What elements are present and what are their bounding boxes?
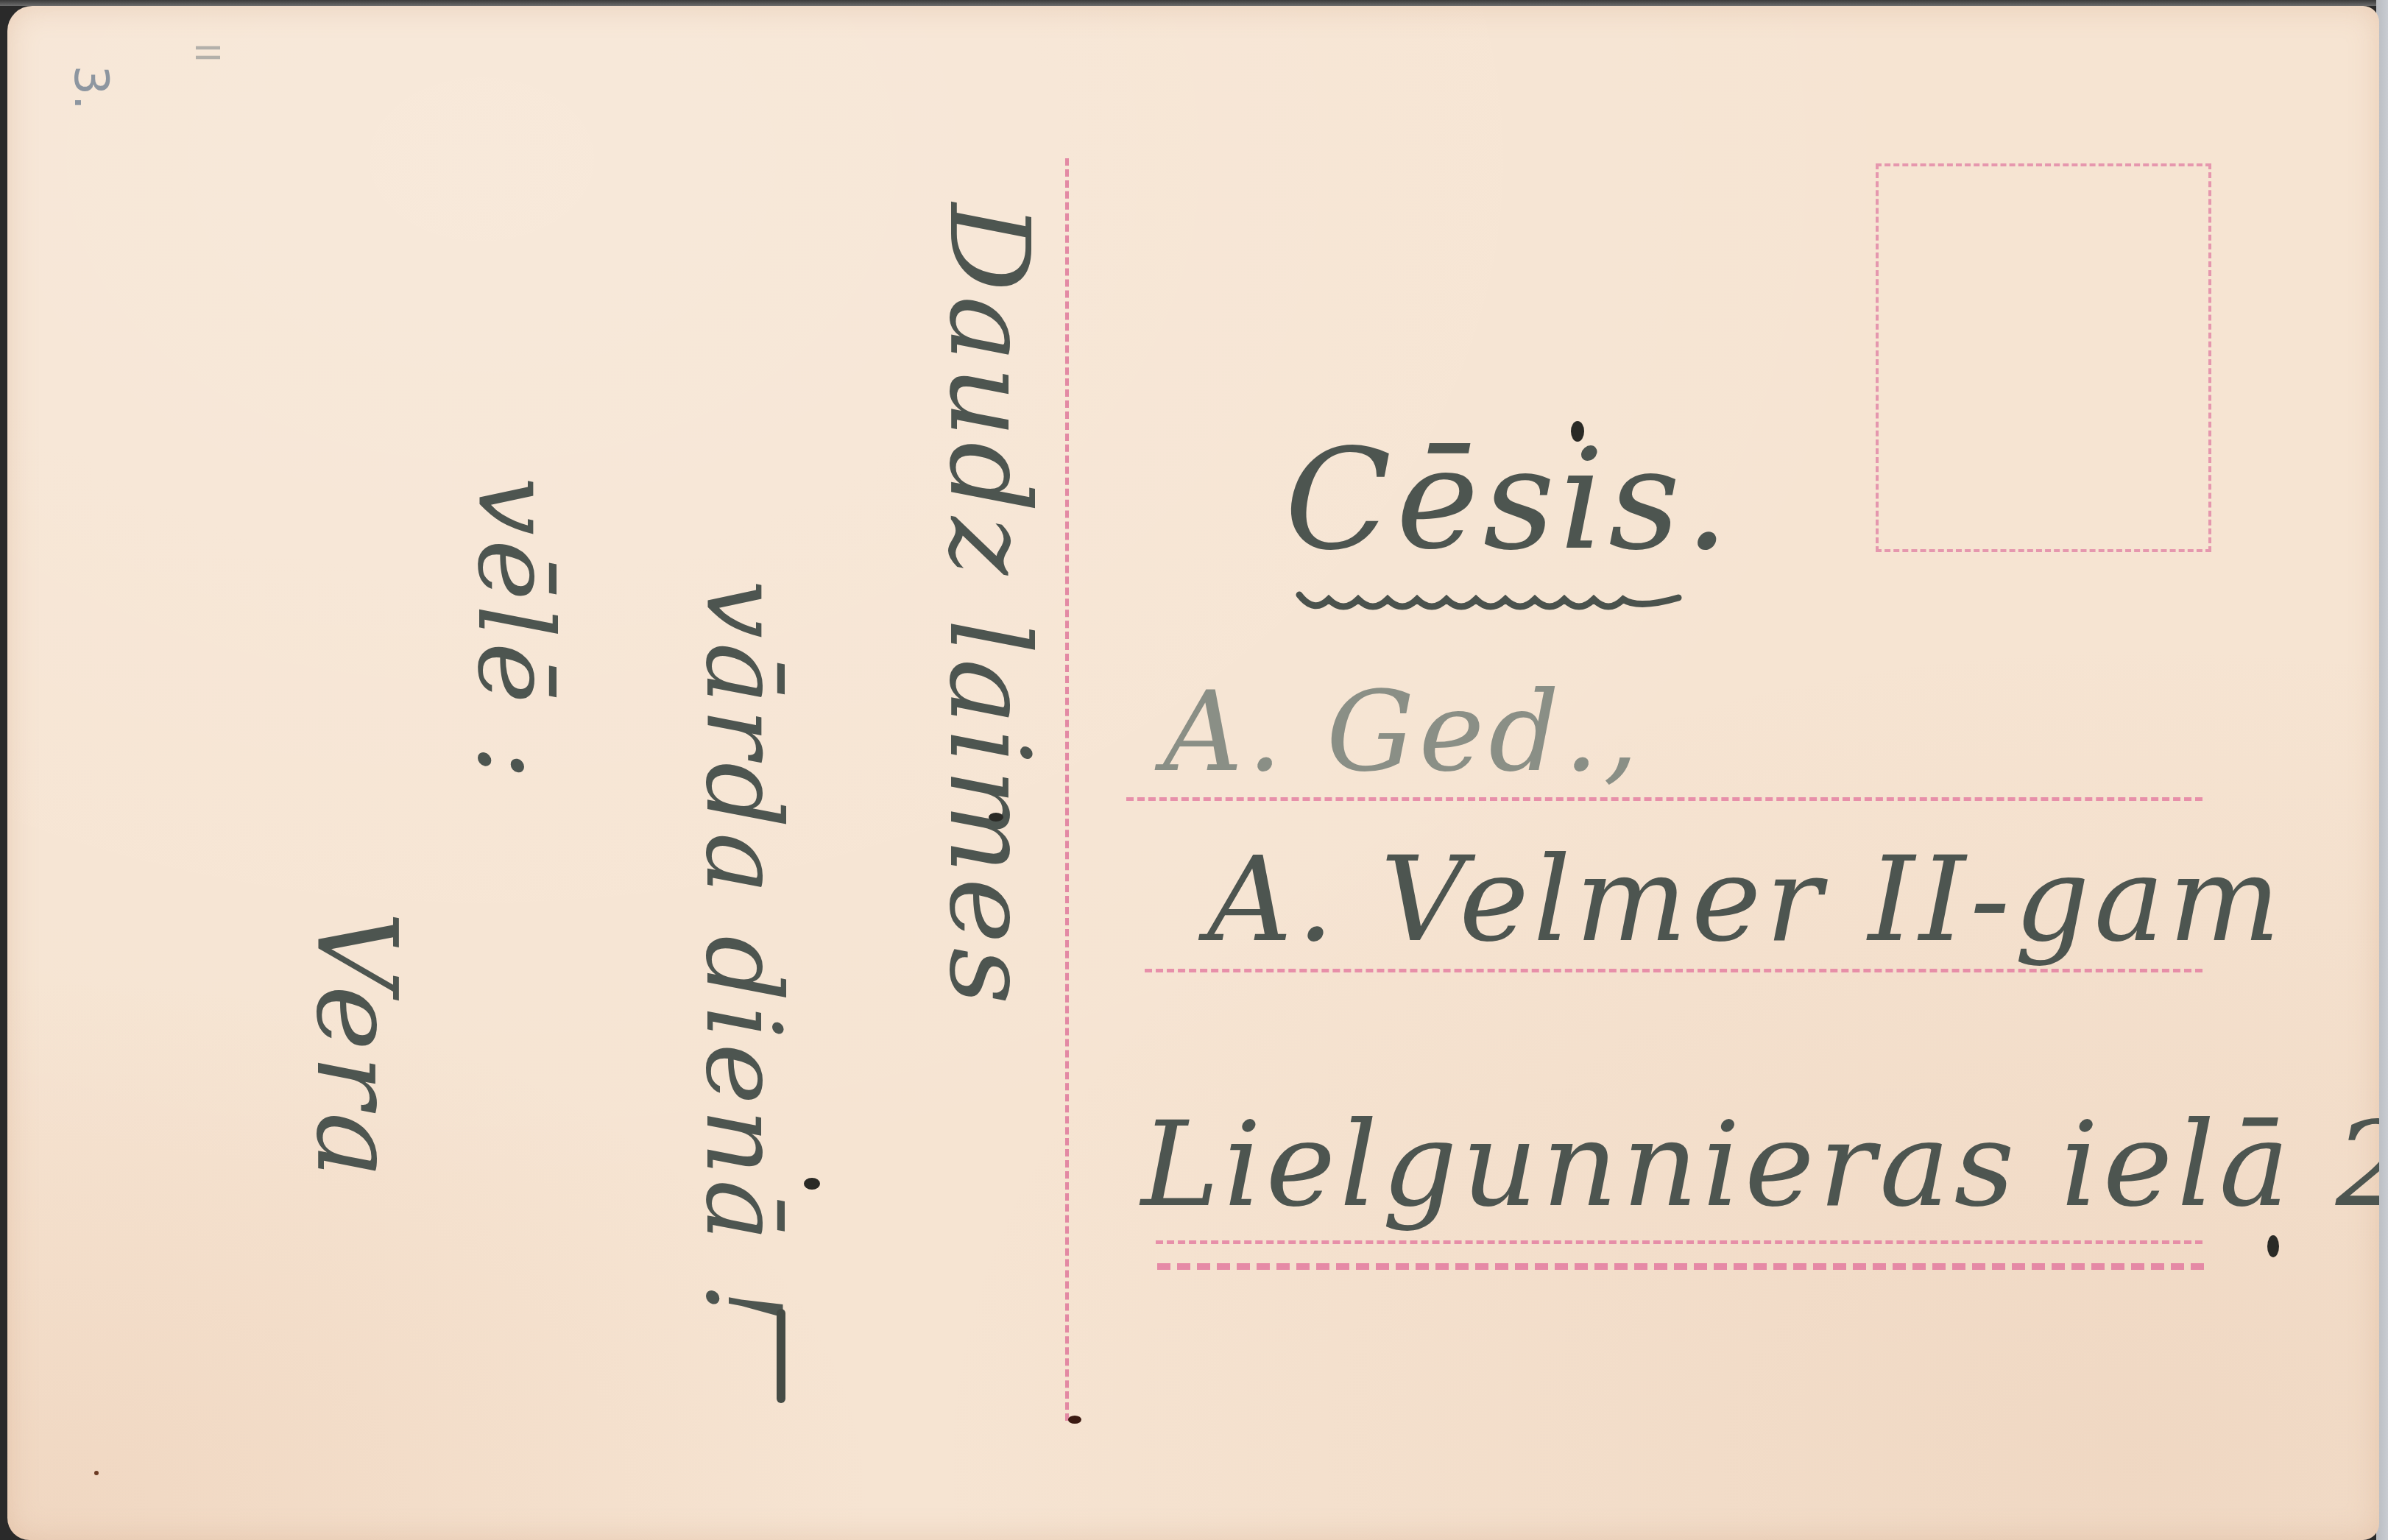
ink-dot bbox=[804, 1178, 820, 1190]
address-guide-line-1 bbox=[1126, 797, 2202, 801]
address-line-3: Lielgunnieras ielā 27. bbox=[1141, 1095, 2379, 1233]
corner-roman-mark: II bbox=[188, 43, 225, 63]
ink-stroke bbox=[777, 1309, 785, 1403]
signature: Vera bbox=[292, 911, 420, 1182]
ink-blot bbox=[1068, 1416, 1081, 1424]
ink-dot bbox=[989, 813, 1003, 822]
ink-dot bbox=[1571, 421, 1584, 442]
message-line-3: vēlē : bbox=[454, 477, 574, 784]
scan-edge-top bbox=[0, 0, 2388, 6]
stamp-placeholder-box bbox=[1876, 163, 2211, 552]
address-line-1: A. Ged., bbox=[1163, 668, 1643, 797]
address-guide-line-4 bbox=[1157, 1263, 2204, 1270]
address-line-2: A. Velmer II-gam bbox=[1207, 830, 2285, 968]
postcard: 3. II Daudz laimes vārda dienā ! vēlē : … bbox=[7, 6, 2379, 1540]
corner-number-mark: 3. bbox=[63, 65, 118, 110]
message-line-1: Daudz laimes bbox=[925, 203, 1053, 1009]
address-guide-line-2 bbox=[1145, 969, 2202, 972]
address-city: Cēsis. bbox=[1285, 418, 1734, 581]
city-underline-squiggle bbox=[1296, 587, 1708, 617]
center-divider-line bbox=[1065, 158, 1069, 1421]
ink-dot bbox=[2267, 1235, 2279, 1257]
address-guide-line-3 bbox=[1156, 1240, 2202, 1244]
paper-speck bbox=[94, 1471, 99, 1475]
message-line-2: vārda dienā ! bbox=[682, 580, 802, 1329]
